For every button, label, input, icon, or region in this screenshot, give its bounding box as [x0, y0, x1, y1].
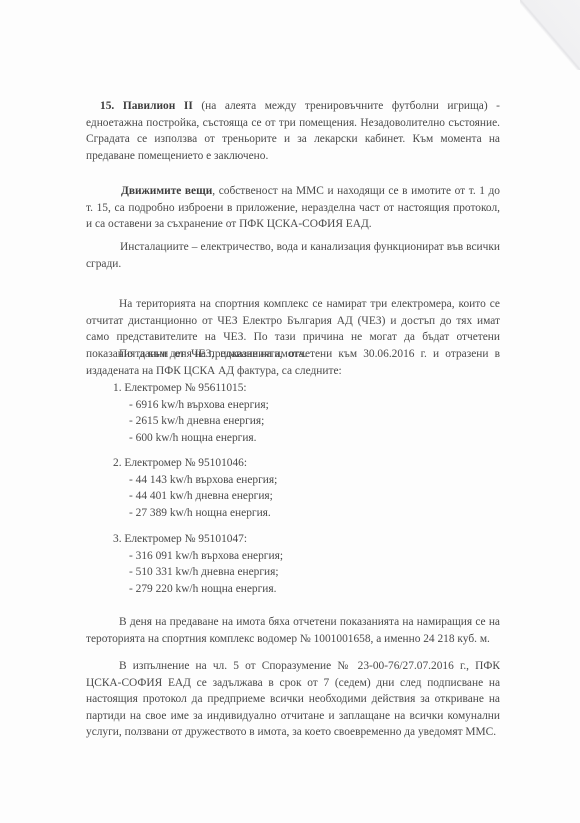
meter-reading: - 2615 kw/h дневна енергия; [86, 413, 500, 430]
meter-reading: - 279 220 kw/h нощна енергия. [86, 581, 500, 598]
section-15-heading: 15. Павилион II [100, 100, 193, 112]
installations-paragraph: Инсталациите – електричество, вода и кан… [86, 239, 500, 272]
meter-reading: - 27 389 kw/h нощна енергия. [86, 505, 500, 522]
meter-reading: - 510 331 kw/h дневна енергия; [86, 564, 500, 581]
movables-paragraph: Движимите вещи, собственост на ММС и нах… [86, 183, 500, 233]
meter-reading: - 316 091 kw/h върхова енергия; [86, 548, 500, 565]
meter-reading: - 44 401 kw/h дневна енергия; [86, 488, 500, 505]
meter-2: 2. Електромер № 95101046: - 44 143 kw/h … [86, 455, 500, 521]
page-fold-shadow [520, 0, 580, 70]
movables-heading: Движимите вещи [121, 185, 212, 197]
meter-reading: - 6916 kw/h върхова енергия; [86, 397, 500, 414]
water-meter-paragraph: В деня на предаване на имота бяха отчете… [86, 614, 500, 647]
meter-reading: - 600 kw/h нощна енергия. [86, 430, 500, 447]
meter-label: 3. Електромер № 95101047: [86, 531, 500, 548]
meter-reading: - 44 143 kw/h върхова енергия; [86, 472, 500, 489]
meter-1: 1. Електромер № 95611015: - 6916 kw/h въ… [86, 380, 500, 446]
section-15-paragraph: 15. Павилион II (на алеята между трениро… [86, 98, 500, 164]
readings-intro-paragraph: По данни от ЧЕЗ, показанията, отчетени к… [86, 346, 500, 379]
obligation-paragraph: В изпълнение на чл. 5 от Споразумение № … [86, 658, 500, 741]
meter-label: 1. Електромер № 95611015: [86, 380, 500, 397]
meter-3: 3. Електромер № 95101047: - 316 091 kw/h… [86, 531, 500, 597]
meter-label: 2. Електромер № 95101046: [86, 455, 500, 472]
